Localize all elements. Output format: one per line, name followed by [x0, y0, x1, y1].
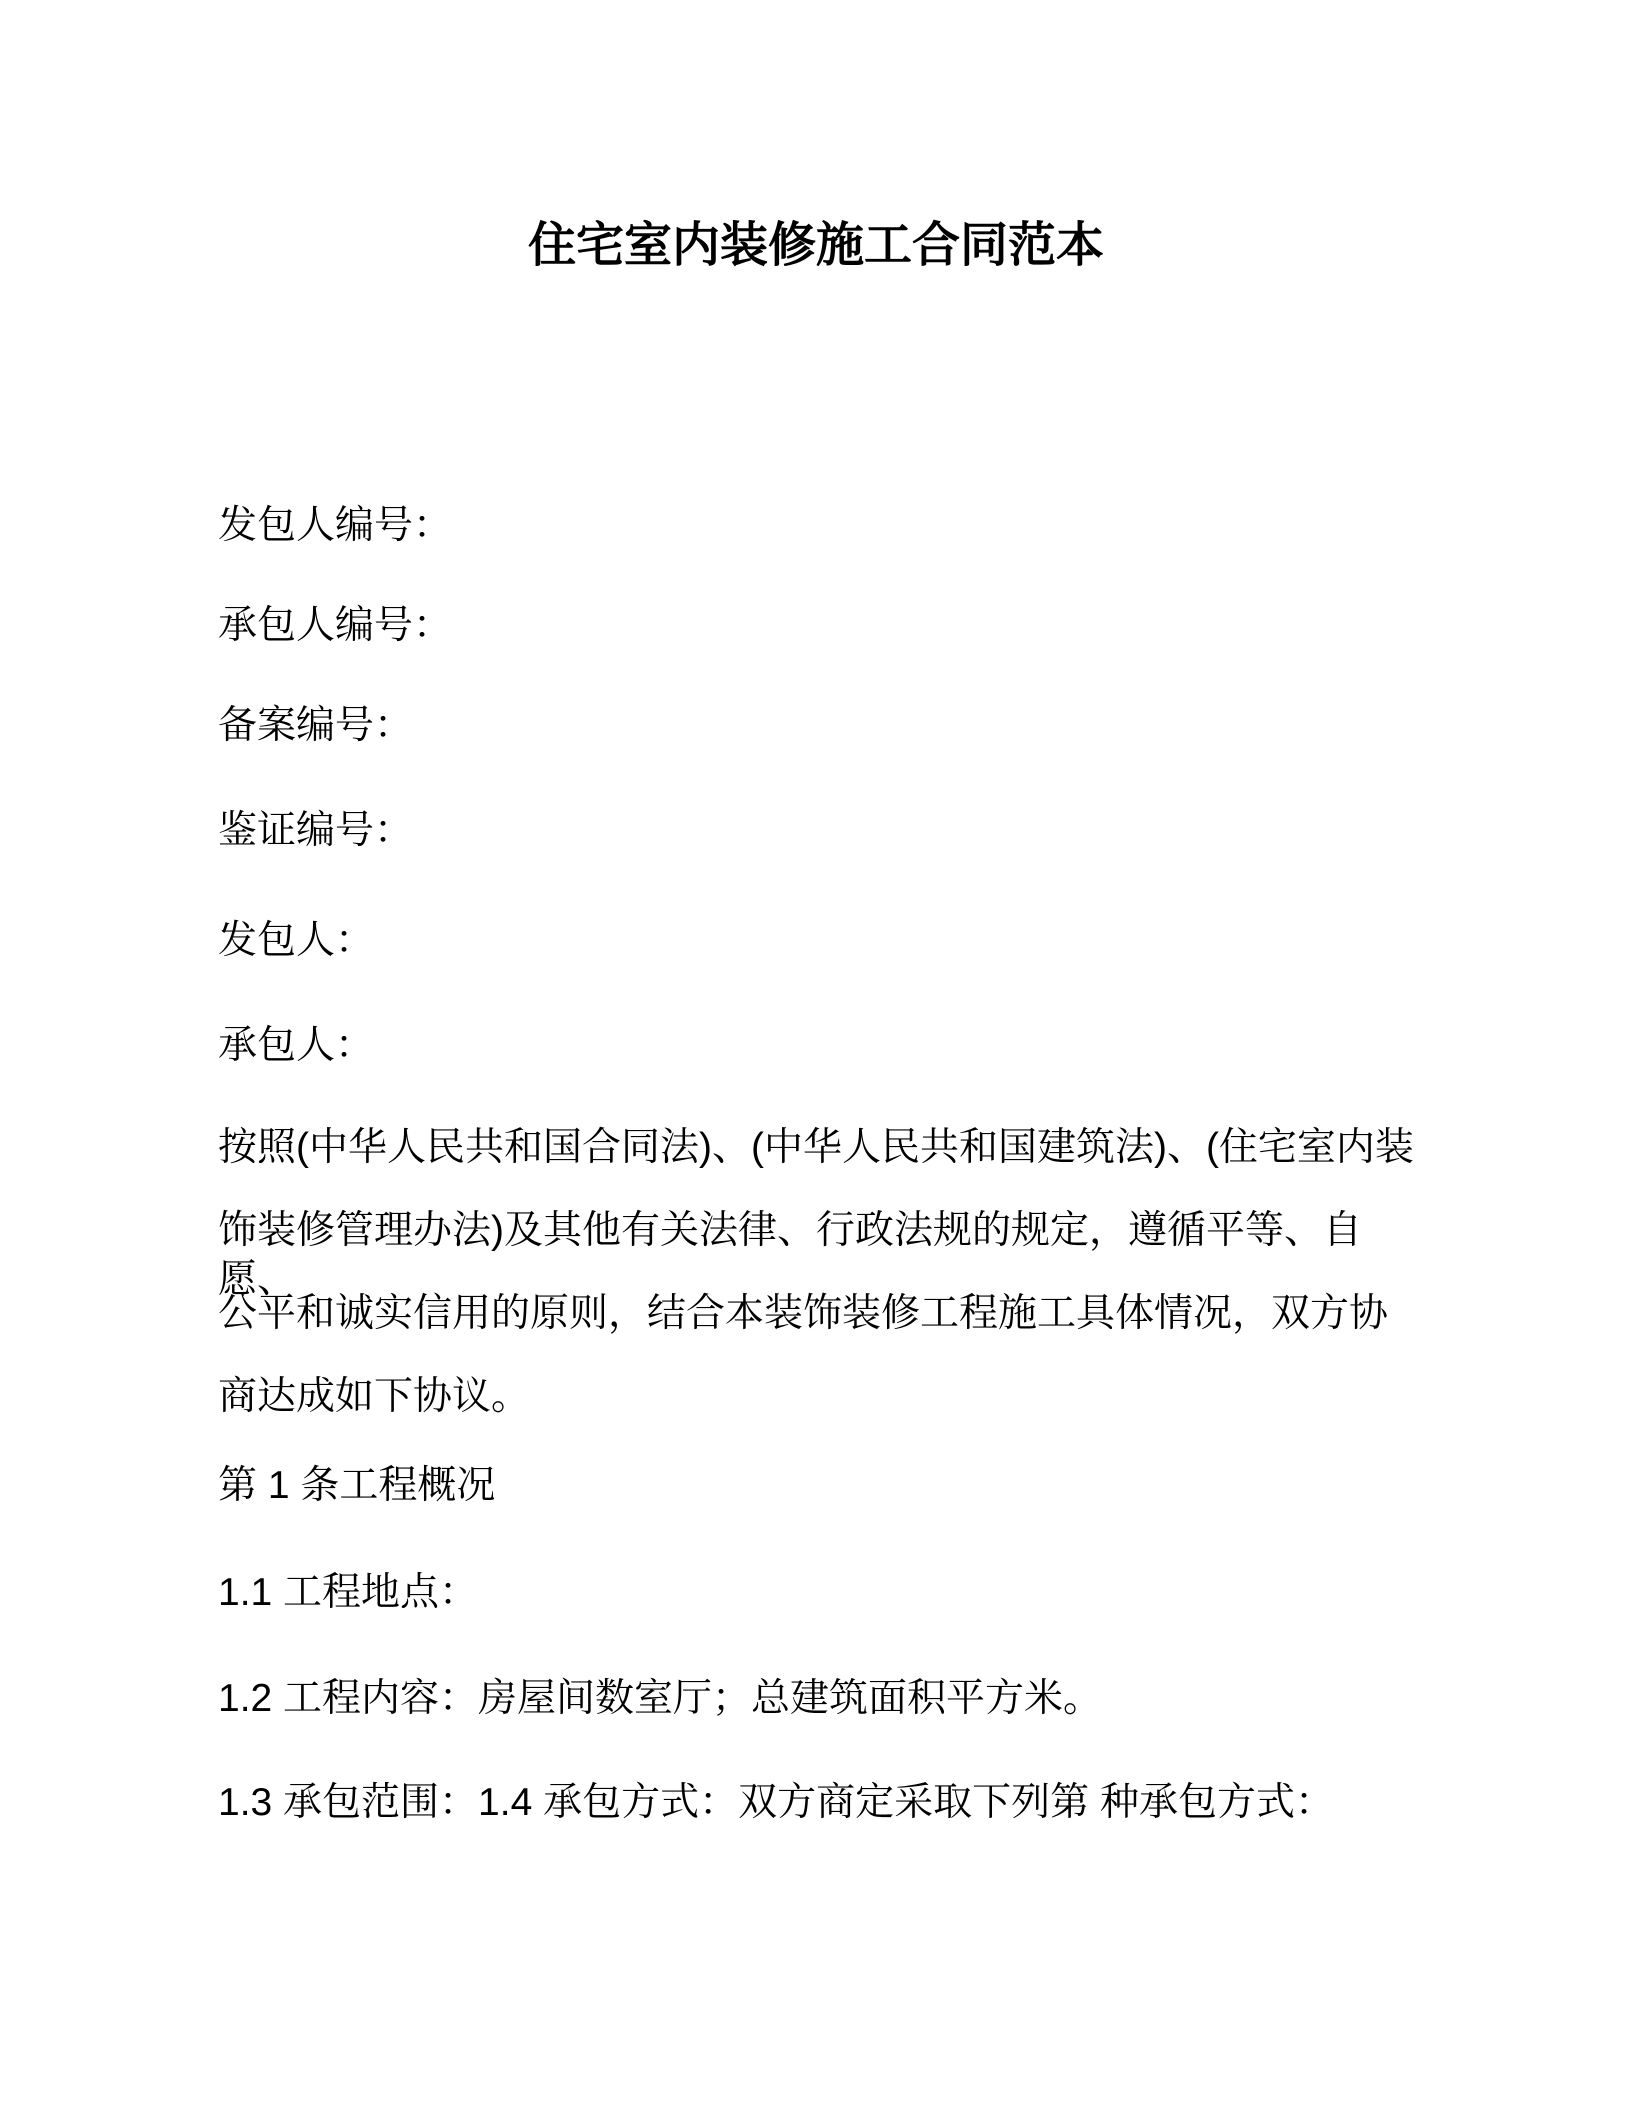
field-employer-number: 发包人编号：	[218, 502, 1418, 551]
preamble-line-4: 商达成如下协议。	[218, 1373, 1418, 1422]
preamble-line-1: 按照(中华人民共和国合同法)、(中华人民共和国建筑法)、(住宅室内装	[218, 1124, 1418, 1173]
contract-title: 住宅室内装修施工合同范本	[0, 217, 1632, 275]
field-contractor: 承包人：	[218, 1022, 1418, 1071]
field-attestation-number: 鉴证编号：	[218, 807, 1418, 856]
contract-document-page: 住宅室内装修施工合同范本 发包人编号： 承包人编号： 备案编号： 鉴证编号： 发…	[0, 0, 1632, 2112]
clause-1-3-contract-scope: 1.3 承包范围：1.4 承包方式：双方商定采取下列第 种承包方式：	[218, 1779, 1418, 1828]
clause-1-heading: 第 1 条工程概况	[218, 1462, 1418, 1511]
clause-1-2-project-content: 1.2 工程内容：房屋间数室厅；总建筑面积平方米。	[218, 1675, 1418, 1724]
field-contractor-number: 承包人编号：	[218, 602, 1418, 651]
preamble-line-3: 公平和诚实信用的原则，结合本装饰装修工程施工具体情况，双方协	[218, 1290, 1418, 1339]
field-employer: 发包人：	[218, 917, 1418, 966]
clause-1-1-project-location: 1.1 工程地点：	[218, 1569, 1418, 1618]
field-record-number: 备案编号：	[218, 702, 1418, 751]
